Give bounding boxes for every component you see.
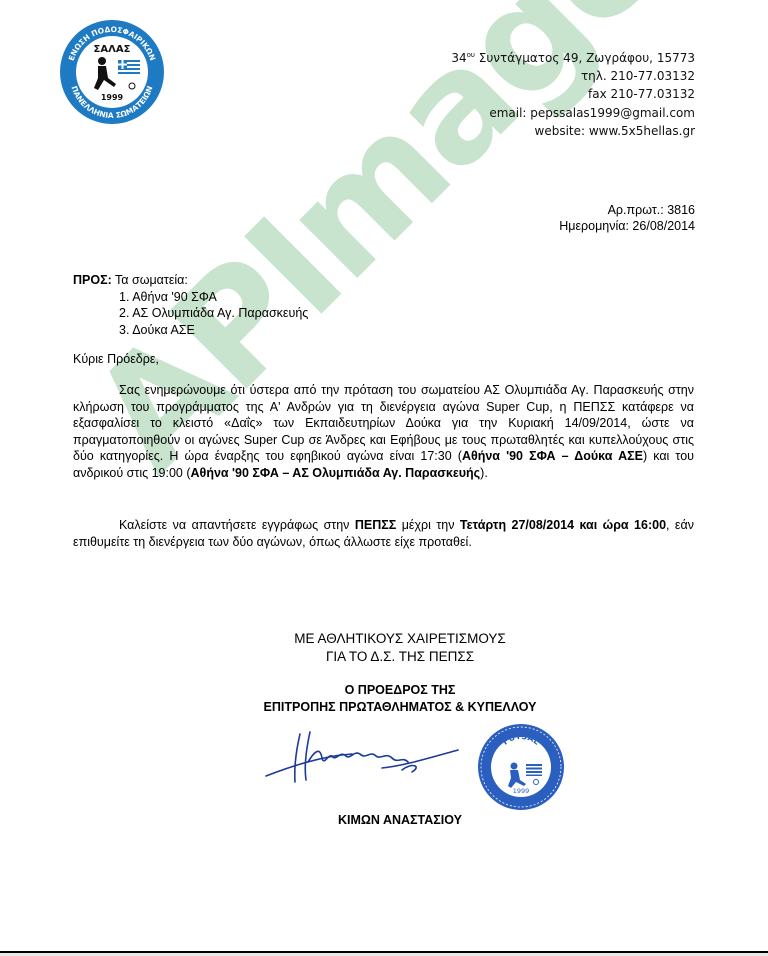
body-paragraph-1: Σας ενημερώνουμε ότι ύστερα από την πρότ… [73,382,694,482]
handwritten-signature [262,726,462,786]
letterhead-contact: 34ου Συντάγματος 49, Ζωγράφου, 15773 τηλ… [451,46,695,140]
svg-text:1999: 1999 [513,787,530,795]
signatory-title: Ο ΠΡΟΕΔΡΟΣ ΤΗΣ ΕΠΙΤΡΟΠΗΣ ΠΡΩΤΑΘΛΗΜΑΤΟΣ &… [200,682,600,716]
body-paragraph-2: Καλείστε να απαντήσετε εγγράφως στην ΠΕΠ… [73,517,694,550]
association-logo: ΕΝΩΣΗ ΠΟΔΟΣΦΑΙΡΙΚΩΝ ΠΑΝΕΛΛΗΝΙΑ ΣΩΜΑΤΕΙΩΝ… [58,18,166,126]
recipients-list: 1. Αθήνα '90 ΣΦΑ 2. ΑΣ Ολυμπιάδα Αγ. Παρ… [73,289,308,339]
website-line[interactable]: website: www.5x5hellas.gr [451,122,695,140]
official-stamp: FUTSAL 1999 [476,722,566,812]
recipients-intro: Τα σωματεία: [112,273,188,287]
svg-text:ΣΑΛΑΣ: ΣΑΛΑΣ [94,44,131,55]
document-date: Ημερομηνία: 26/08/2014 [559,218,695,234]
fax-line: fax 210-77.03132 [451,85,695,103]
recipient-item: 2. ΑΣ Ολυμπιάδα Αγ. Παρασκευής [119,305,308,322]
signer-name: ΚΙΜΩΝ ΑΝΑΣΤΑΣΙΟΥ [200,813,600,827]
closing-greeting: ΜΕ ΑΘΛΗΤΙΚΟΥΣ ΧΑΙΡΕΤΙΣΜΟΥΣ ΓΙΑ ΤΟ Δ.Σ. Τ… [200,630,600,666]
svg-text:1999: 1999 [101,93,124,102]
phone-line: τηλ. 210-77.03132 [451,67,695,85]
address-line: 34ου Συντάγματος 49, Ζωγράφου, 15773 [451,46,695,67]
recipients-block: ΠΡΟΣ: Τα σωματεία: 1. Αθήνα '90 ΣΦΑ 2. Α… [73,272,308,338]
document-reference: Αρ.πρωτ.: 3816 Ημερομηνία: 26/08/2014 [559,202,695,234]
email-line[interactable]: email: pepssalas1999@gmail.com [451,104,695,122]
salutation: Κύριε Πρόεδρε, [73,352,159,366]
recipient-item: 1. Αθήνα '90 ΣΦΑ [119,289,308,306]
recipients-label: ΠΡΟΣ: [73,273,112,287]
protocol-number: Αρ.πρωτ.: 3816 [559,202,695,218]
recipient-item: 3. Δούκα ΑΣΕ [119,322,308,339]
